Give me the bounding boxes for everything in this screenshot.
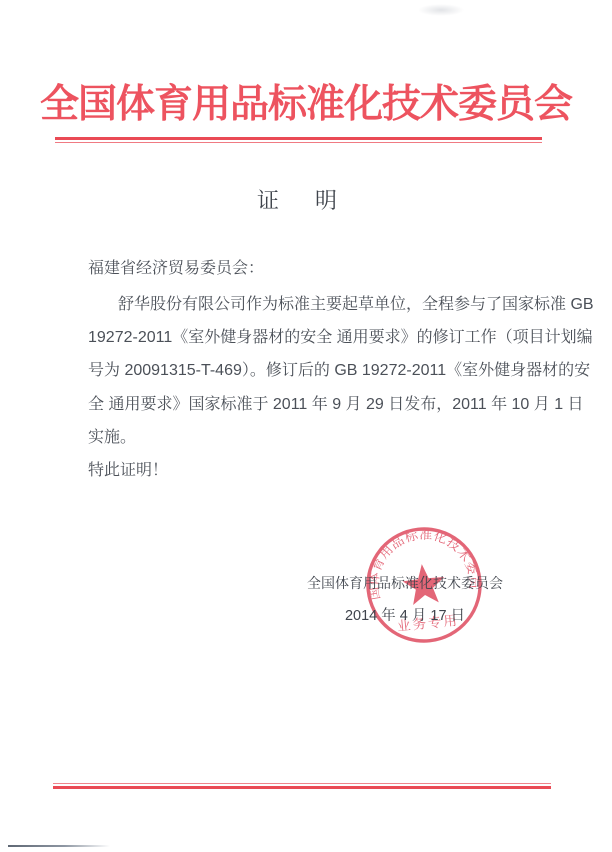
signature-organization: 全国体育用品标准化技术委员会 xyxy=(304,573,506,593)
salutation: 福建省经济贸易委员会： xyxy=(88,255,264,278)
scan-smudge-artifact xyxy=(418,4,464,16)
letterhead-rule-thick xyxy=(55,137,542,140)
letterhead-title: 全国体育用品标准化技术委员会 xyxy=(0,82,612,128)
signature-date: 2014 年 4 月 17 日 xyxy=(304,604,506,625)
scanned-certificate-document: { "header": { "title": "全国体育用品标准化技术委员会",… xyxy=(0,0,612,852)
letterhead-rule-thin xyxy=(55,142,542,143)
body-line: 19272-2011《室外健身器材的安全 通用要求》的修订工作（项目计划编 xyxy=(88,321,524,354)
footer-rule-thick xyxy=(53,786,551,789)
body-line: 舒华股份有限公司作为标准主要起草单位，全程参与了国家标准 GB xyxy=(88,288,524,321)
document-title: 证明 xyxy=(257,184,373,215)
scan-edge-artifact xyxy=(8,845,110,847)
body-line: 全 通用要求》国家标准于 2011 年 9 月 29 日发布，2011 年 10… xyxy=(88,388,524,421)
closing-statement: 特此证明！ xyxy=(88,454,168,487)
body-line: 实施。 xyxy=(88,421,524,454)
body-line: 号为 20091315-T-469）。修订后的 GB 19272-2011《室外… xyxy=(88,354,524,387)
footer-rule-thin xyxy=(53,783,551,784)
body-paragraph: 舒华股份有限公司作为标准主要起草单位，全程参与了国家标准 GB 19272-20… xyxy=(88,288,524,454)
